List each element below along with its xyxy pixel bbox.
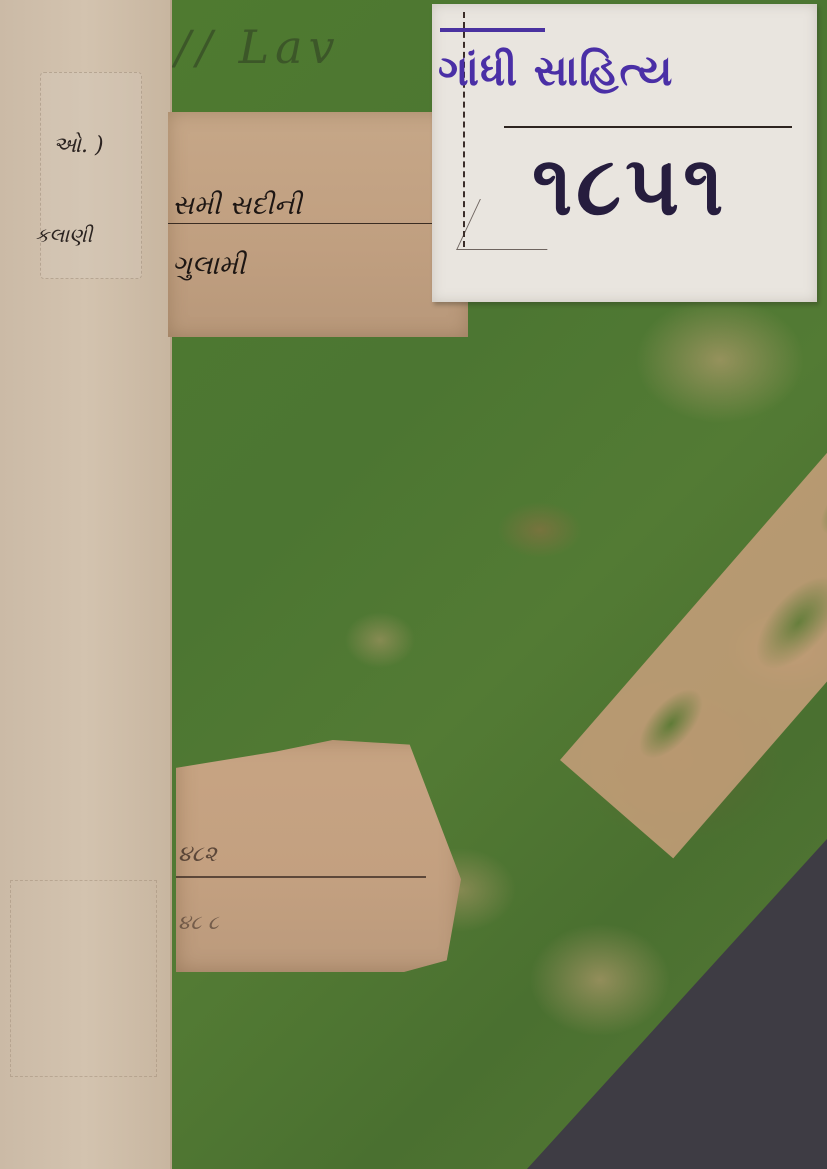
top-handwritten-scribble: // Lav	[175, 20, 430, 105]
lower-label-faded-number: ૪૮૨	[178, 842, 217, 867]
library-accession-label: ગાંધી સાહિત્ય ૧૮૫૧	[432, 4, 817, 302]
spine-label-bottom-text: કલાણી	[35, 223, 92, 247]
lower-label-rule	[176, 876, 426, 878]
title-label: સમી સદીની ગુલામી	[168, 112, 468, 337]
dark-cloth-corner	[527, 839, 827, 1169]
lower-torn-label: ૪૮૨ ૪૮ ૮	[176, 740, 461, 972]
library-stamp: ગાંધી સાહિત્ય	[438, 46, 673, 96]
title-line-1: સમી સદીની	[172, 190, 302, 222]
paper-spine-strip: ઓ. ) કલાણી	[0, 0, 172, 1169]
spine-label: ઓ. ) કલાણી	[40, 72, 142, 279]
stamp-top-rule	[440, 28, 545, 32]
title-line-2: ગુલામી	[172, 250, 246, 282]
lower-label-faded-mark: ૪૮ ૮	[178, 910, 219, 934]
accession-number: ૧૮૫૧	[532, 139, 727, 235]
spine-label-top-text: ઓ. )	[53, 133, 104, 158]
spine-lower-label-outline	[10, 880, 157, 1077]
label-rule	[504, 126, 792, 128]
title-rule	[168, 223, 438, 224]
book-cover-page: // Lav ઓ. ) કલાણી સમી સદીની ગુલામી ગાંધી…	[0, 0, 827, 1169]
